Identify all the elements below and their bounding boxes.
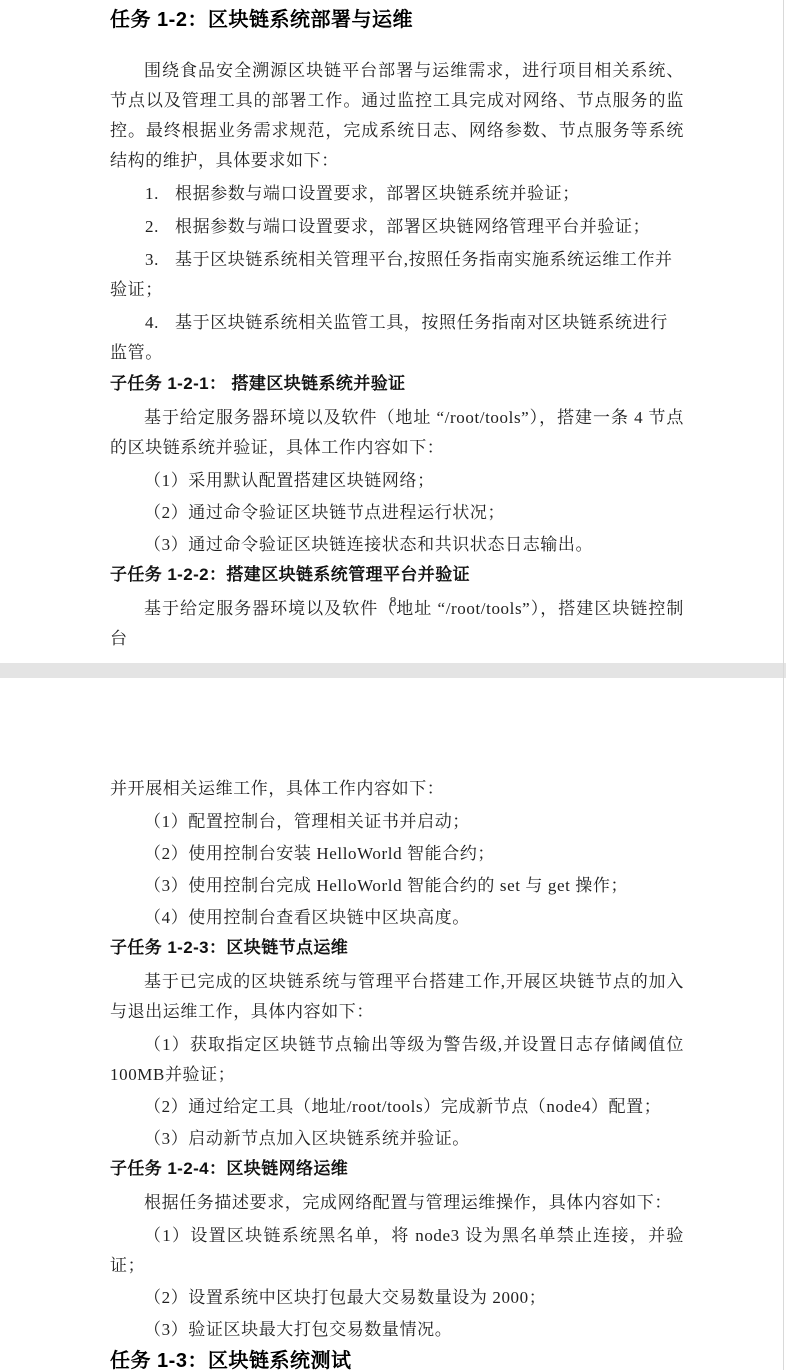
subtask-1-2-2-continuation: 并开展相关运维工作，具体工作内容如下：	[110, 774, 684, 804]
subtask-1-2-1-step: （2）通过命令验证区块链节点进程运行状况；	[110, 498, 684, 528]
subtask-1-2-2-title: 子任务 1-2-2：搭建区块链系统管理平台并验证	[110, 562, 684, 588]
requirement-number: 1.	[145, 179, 175, 209]
subtask-1-2-3-step: （3）启动新节点加入区块链系统并验证。	[110, 1124, 684, 1154]
requirement-number: 4.	[145, 308, 175, 338]
subtask-1-2-2-step: （3）使用控制台完成 HelloWorld 智能合约的 set 与 get 操作…	[110, 871, 684, 901]
requirement-item: 2.根据参数与端口设置要求，部署区块链网络管理平台并验证；	[110, 212, 684, 242]
requirement-text: 基于区块链系统相关监管工具，按照任务指南对区块链系统进行监管。	[110, 313, 668, 362]
subtask-1-2-2-step: （2）使用控制台安装 HelloWorld 智能合约；	[110, 839, 684, 869]
requirement-number: 2.	[145, 212, 175, 242]
requirement-text: 根据参数与端口设置要求，部署区块链系统并验证；	[175, 184, 580, 203]
subtask-1-2-1-step: （1）采用默认配置搭建区块链网络；	[110, 466, 684, 496]
subtask-1-2-2-step: （4）使用控制台查看区块链中区块高度。	[110, 903, 684, 933]
page-number: 8	[0, 595, 786, 611]
page-9: 并开展相关运维工作，具体工作内容如下： （1）配置控制台，管理相关证书并启动； …	[0, 678, 786, 1370]
page-8: 任务 1-2：区块链系统部署与运维 围绕食品安全溯源区块链平台部署与运维需求，进…	[0, 0, 786, 663]
task-1-2-heading: 任务 1-2：区块链系统部署与运维	[110, 0, 684, 34]
subtask-1-2-4-title: 子任务 1-2-4：区块链网络运维	[110, 1156, 684, 1182]
document-viewport: 任务 1-2：区块链系统部署与运维 围绕食品安全溯源区块链平台部署与运维需求，进…	[0, 0, 786, 1370]
subtask-1-2-3-paragraph: 基于已完成的区块链系统与管理平台搭建工作,开展区块链节点的加入与退出运维工作，具…	[110, 967, 684, 1027]
subtask-1-2-3-step: （1）获取指定区块链节点输出等级为警告级,并设置日志存储阈值位 100MB并验证…	[110, 1030, 684, 1090]
subtask-1-2-3-title: 子任务 1-2-3：区块链节点运维	[110, 935, 684, 961]
task-1-2-intro-paragraph: 围绕食品安全溯源区块链平台部署与运维需求，进行项目相关系统、节点以及管理工具的部…	[110, 56, 684, 176]
requirement-item: 1.根据参数与端口设置要求，部署区块链系统并验证；	[110, 179, 684, 209]
requirement-text: 基于区块链系统相关管理平台,按照任务指南实施系统运维工作并验证；	[110, 250, 673, 299]
subtask-1-2-4-step: （3）验证区块最大打包交易数量情况。	[110, 1315, 684, 1345]
subtask-1-2-3-step: （2）通过给定工具（地址/root/tools）完成新节点（node4）配置；	[110, 1092, 684, 1122]
subtask-1-2-4-step: （2）设置系统中区块打包最大交易数量设为 2000；	[110, 1283, 684, 1313]
subtask-1-2-2-step: （1）配置控制台，管理相关证书并启动；	[110, 807, 684, 837]
task-1-2-requirements-list: 1.根据参数与端口设置要求，部署区块链系统并验证； 2.根据参数与端口设置要求，…	[110, 179, 684, 368]
requirement-text: 根据参数与端口设置要求，部署区块链网络管理平台并验证；	[175, 217, 650, 236]
page-gap-divider	[0, 663, 786, 678]
task-1-3-heading: 任务 1-3：区块链系统测试	[110, 1347, 684, 1370]
requirement-item: 3.基于区块链系统相关管理平台,按照任务指南实施系统运维工作并验证；	[110, 245, 684, 305]
subtask-1-2-1-paragraph: 基于给定服务器环境以及软件（地址 “/root/tools”），搭建一条 4 节…	[110, 403, 684, 463]
subtask-1-2-4-step: （1）设置区块链系统黑名单，将 node3 设为黑名单禁止连接，并验证；	[110, 1221, 684, 1281]
subtask-1-2-1-title: 子任务 1-2-1： 搭建区块链系统并验证	[110, 371, 684, 397]
page-edge-line	[783, 0, 784, 1370]
requirement-item: 4.基于区块链系统相关监管工具，按照任务指南对区块链系统进行监管。	[110, 308, 684, 368]
requirement-number: 3.	[145, 245, 175, 275]
subtask-1-2-1-step: （3）通过命令验证区块链连接状态和共识状态日志输出。	[110, 530, 684, 560]
subtask-1-2-4-paragraph: 根据任务描述要求，完成网络配置与管理运维操作，具体内容如下：	[110, 1188, 684, 1218]
